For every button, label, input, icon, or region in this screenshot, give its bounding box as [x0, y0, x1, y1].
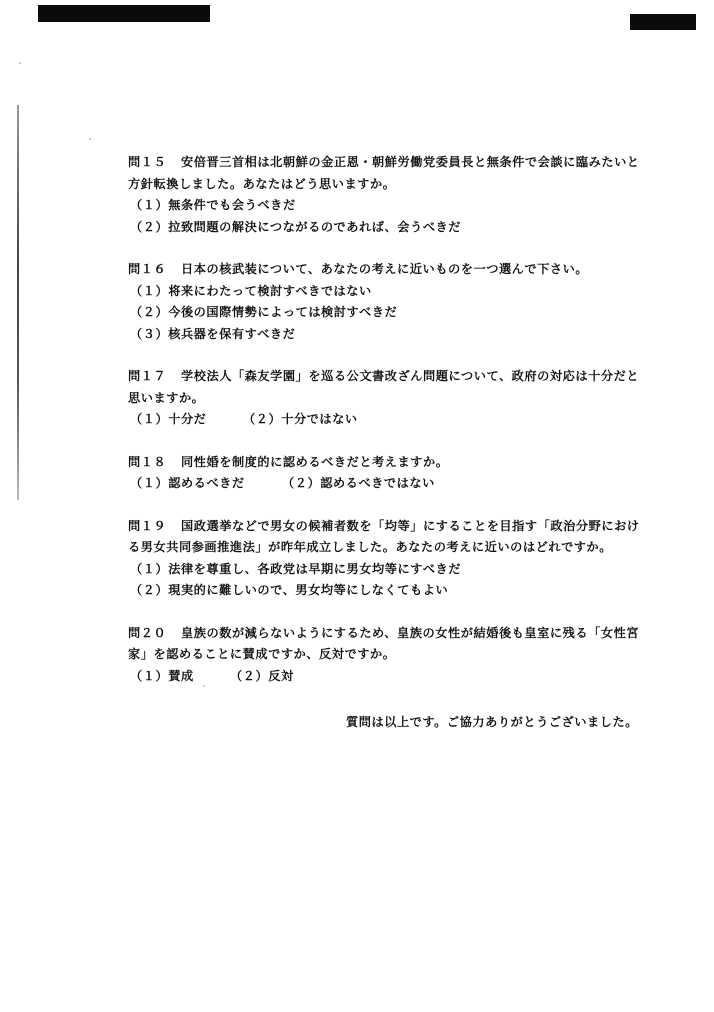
- answer-option-2: （２）認めるべきではない: [282, 473, 435, 495]
- question-text: る男女共同参画推進法」が昨年成立しました。あなたの考えに近いのはどれですか。: [128, 537, 648, 559]
- question-16: 問１６日本の核武装について、あなたの考えに近いものを一つ選んで下さい。 （１）将…: [128, 259, 648, 345]
- answer-option-2: （２）拉致問題の解決につながるのであれば、会うべきだ: [128, 217, 648, 239]
- question-text: 日本の核武装について、あなたの考えに近いものを一つ選んで下さい。: [181, 262, 588, 276]
- question-19: 問１９国政選挙などで男女の候補者数を「均等」にすることを目指す「政治分野におけ …: [128, 516, 648, 602]
- question-text: 家」を認めることに賛成ですか、反対ですか。: [128, 644, 648, 666]
- answer-option-3: （３）核兵器を保有すべきだ: [128, 324, 648, 346]
- answer-option-2: （２）今後の国際情勢によっては検討すべきだ: [128, 302, 648, 324]
- answer-option-1: （１）十分だ: [130, 409, 243, 431]
- answer-option-2: （２）現実的に難しいので、男女均等にしなくてもよい: [128, 580, 648, 602]
- question-number: 問１７: [128, 366, 181, 388]
- answer-option-2: （２）十分ではない: [243, 409, 358, 431]
- redaction-bar-right: [630, 14, 696, 30]
- scan-speck: [89, 138, 91, 140]
- question-18: 問１８同性婚を制度的に認めるべきだと考えますか。 （１）認めるべきだ（２）認める…: [128, 452, 648, 495]
- question-number: 問１５: [128, 152, 181, 174]
- answer-option-1: （１）賛成: [130, 666, 230, 688]
- question-text: 方針転換しました。あなたはどう思いますか。: [128, 174, 648, 196]
- closing-message: 質問は以上です。ご協力ありがとうございました。: [346, 713, 638, 730]
- question-15: 問１５安倍晋三首相は北朝鮮の金正恩・朝鮮労働党委員長と無条件で会談に臨みたいと …: [128, 152, 648, 238]
- question-number: 問２０: [128, 623, 181, 645]
- question-text: 安倍晋三首相は北朝鮮の金正恩・朝鮮労働党委員長と無条件で会談に臨みたいと: [181, 155, 640, 169]
- question-number: 問１６: [128, 259, 181, 281]
- answer-option-2: （２）反対: [230, 666, 294, 688]
- question-text: 国政選挙などで男女の候補者数を「均等」にすることを目指す「政治分野におけ: [181, 519, 640, 533]
- question-20: 問２０皇族の数が減らないようにするため、皇族の女性が結婚後も皇室に残る「女性宮 …: [128, 623, 648, 688]
- question-text: 同性婚を制度的に認めるべきだと考えますか。: [181, 455, 449, 469]
- question-text: 学校法人「森友学園」を巡る公文書改ざん問題について、政府の対応は十分だと: [181, 369, 639, 383]
- answer-option-1: （１）認めるべきだ: [130, 473, 282, 495]
- question-17: 問１７学校法人「森友学園」を巡る公文書改ざん問題について、政府の対応は十分だと …: [128, 366, 648, 431]
- question-text: 皇族の数が減らないようにするため、皇族の女性が結婚後も皇室に残る「女性宮: [181, 626, 639, 640]
- answer-option-1: （１）法律を尊重し、各政党は早期に男女均等にすべきだ: [128, 559, 648, 581]
- question-number: 問１８: [128, 452, 181, 474]
- question-text: 思いますか。: [128, 388, 648, 410]
- scan-margin-line: [17, 105, 19, 500]
- question-number: 問１９: [128, 516, 181, 538]
- answer-option-1: （１）無条件でも会うべきだ: [128, 195, 648, 217]
- answer-option-1: （１）将来にわたって検討すべきではない: [128, 281, 648, 303]
- redaction-bar-left: [38, 5, 210, 22]
- questionnaire-body: 問１５安倍晋三首相は北朝鮮の金正恩・朝鮮労働党委員長と無条件で会談に臨みたいと …: [128, 152, 648, 708]
- scan-speck: [19, 62, 21, 64]
